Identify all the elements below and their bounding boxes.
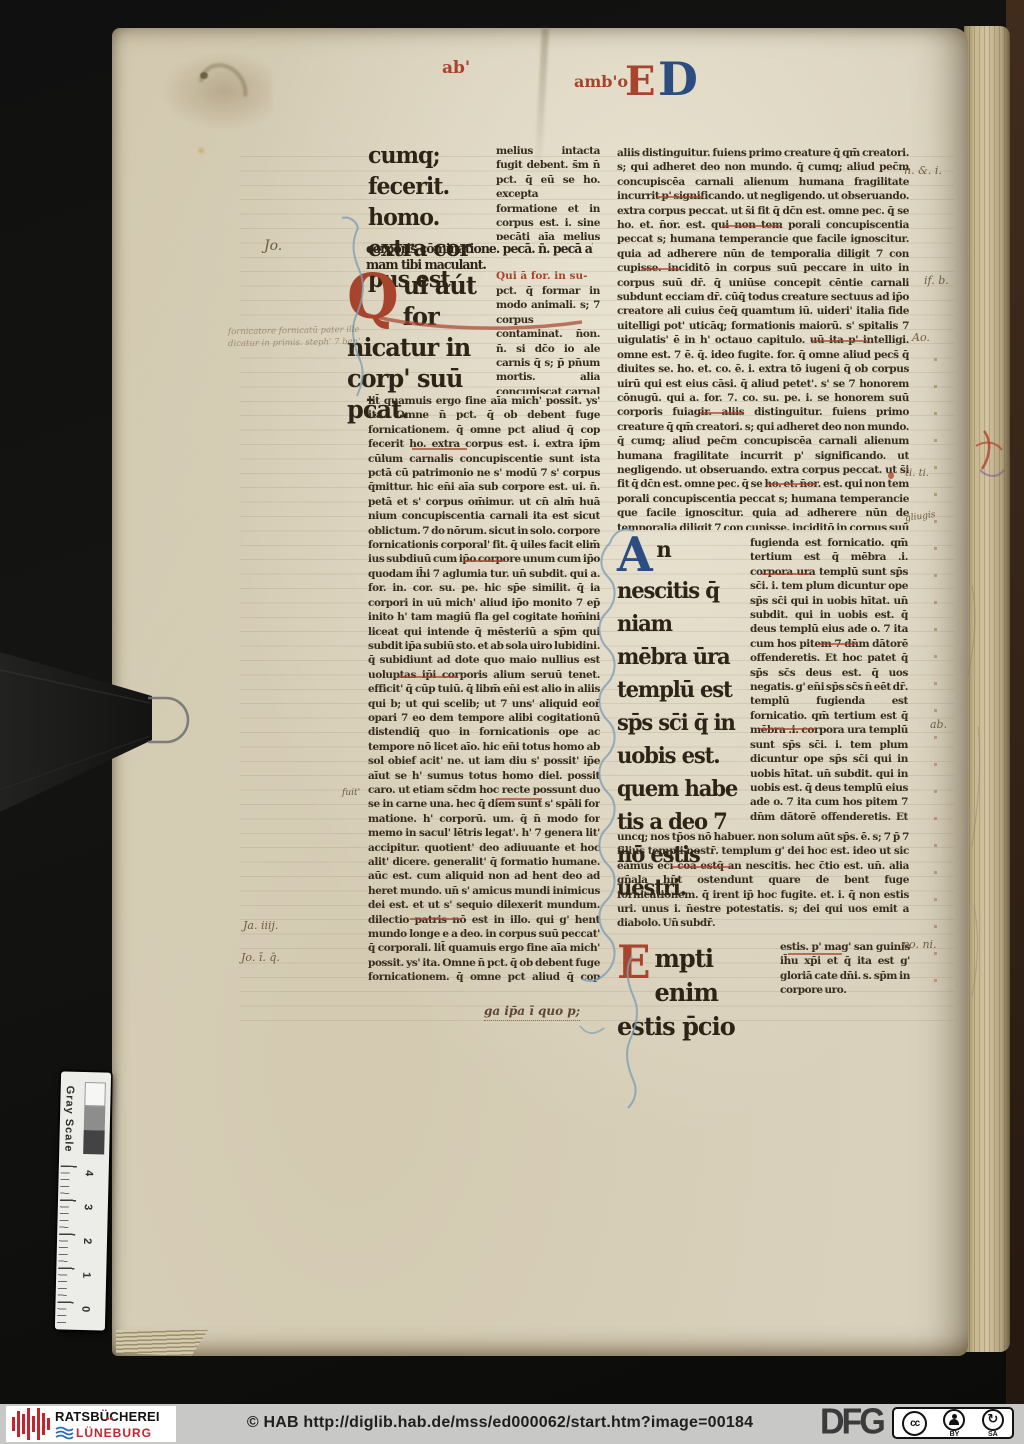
cc-sa-label: SA [988, 1431, 998, 1438]
margin-note-ja: Ja. iiij. [243, 919, 278, 932]
pen-flourishes [112, 28, 968, 1356]
patch-midgray [84, 1106, 106, 1131]
dfg-logo: DFG [820, 1402, 883, 1443]
margin-note-titi: ti. ti. [905, 468, 929, 479]
ruler-label: Gray Scale [62, 1085, 76, 1152]
share-alike-arrow-icon: ↻ [987, 1413, 998, 1426]
person-icon [948, 1414, 960, 1426]
library-logo: RATSBÜCHEREI LÜNEBURG [6, 1406, 176, 1442]
margin-note-joq: Jo. ī. q̄. [241, 951, 280, 964]
next-page-sketches [964, 26, 1010, 1352]
margin-note-nxi: n. &. i. [904, 164, 942, 177]
margin-note-jo: Jo. [264, 238, 282, 254]
library-bars-icon [12, 1407, 50, 1441]
margin-note-poni: po. ni. [902, 938, 937, 951]
patch-white [84, 1082, 106, 1107]
ruler-number: 4 [82, 1170, 94, 1182]
cc-icon: cc [902, 1411, 927, 1436]
gray-scale-ruler: Gray Scale 4 3 2 1 0 [55, 1071, 111, 1330]
umlaut-dots [106, 1407, 116, 1410]
copyright-text: © HAB http://diglib.hab.de/mss/ed000062/… [180, 1414, 820, 1432]
footer-bar: RATSBÜCHEREI LÜNEBURG © HAB http://digli… [0, 1404, 1024, 1444]
page-fore-edge [964, 26, 1010, 1352]
ruler-ticks-major [57, 1165, 77, 1323]
ruler-patches [83, 1082, 106, 1154]
ruler-number: 0 [79, 1306, 91, 1318]
library-logo-text: RATSBÜCHEREI LÜNEBURG [55, 1409, 160, 1440]
cc-by-icon [943, 1409, 965, 1431]
ruler-scale: 4 3 2 1 0 [55, 1165, 109, 1326]
cc-by-unit: BY [943, 1409, 965, 1438]
cc-by-label: BY [950, 1431, 960, 1438]
cc-sa-icon: ↻ [982, 1409, 1004, 1431]
margin-note-ab: ab. [930, 718, 947, 731]
margin-note-fuit: fuit' [342, 788, 360, 798]
waves-icon [55, 1426, 73, 1439]
cc-label: cc [910, 1418, 919, 1429]
ruler-number: 1 [80, 1272, 92, 1284]
parchment-page: ab' amb'o E D cumq; fecerit. homo. extra… [112, 28, 968, 1356]
patch-darkgray [83, 1130, 105, 1155]
cc-sa-unit: ↻ SA [982, 1409, 1004, 1438]
page-holder-strap [0, 640, 210, 830]
margin-note-ao: Ao. [912, 331, 930, 344]
library-city: LÜNEBURG [76, 1426, 152, 1440]
margin-note-ifb: if. b. [924, 274, 949, 287]
cc-license-badge: cc BY ↻ SA [892, 1407, 1014, 1439]
manuscript-photo: ab' amb'o E D cumq; fecerit. homo. extra… [0, 0, 1024, 1404]
ruler-number: 2 [81, 1238, 93, 1250]
ruler-number: 3 [82, 1204, 94, 1216]
